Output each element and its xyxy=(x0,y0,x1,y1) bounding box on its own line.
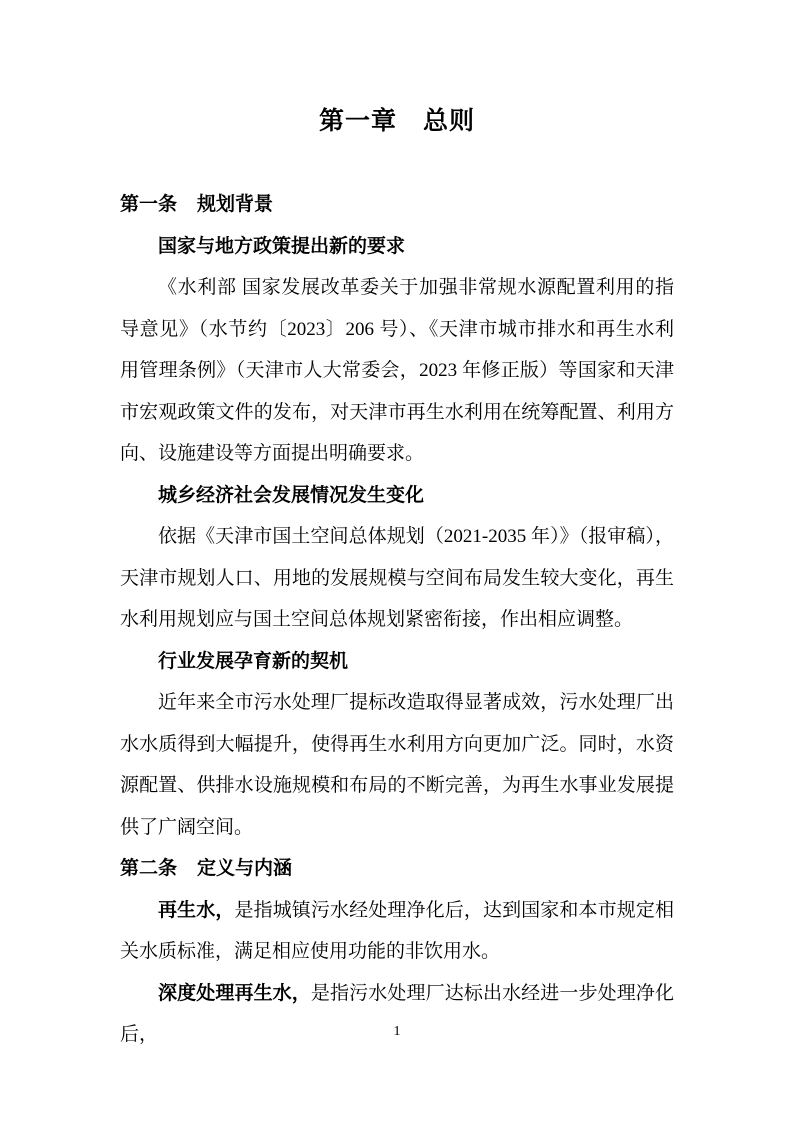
paragraph-industry-opportunity: 近年来全市污水处理厂提标改造取得显著成效，污水处理厂出水水质得到大幅提升，使得再… xyxy=(120,682,674,848)
page-number: 1 xyxy=(0,1022,794,1042)
article-1-title: 规划背景 xyxy=(197,194,273,215)
definition-term-advanced-treated-water: 深度处理再生水， xyxy=(158,983,311,1004)
definition-advanced-treated-water: 深度处理再生水，是指污水处理厂达标出水经进一步处理净化后， xyxy=(120,973,674,1056)
definition-reclaimed-water: 再生水，是指城镇污水经处理净化后，达到国家和本市规定相关水质标准，满足相应使用功… xyxy=(120,890,674,973)
article-1-heading: 第一条规划背景 xyxy=(120,184,674,226)
article-2-heading: 第二条定义与内涵 xyxy=(120,848,674,890)
paragraph-policy: 《水利部 国家发展改革委关于加强非常规水源配置利用的指导意见》（水节约〔2023… xyxy=(120,267,674,475)
article-2-label: 第二条 xyxy=(120,858,177,879)
sub-heading-industry-opportunity: 行业发展孕育新的契机 xyxy=(120,641,674,683)
paragraph-urban-development: 依据《天津市国土空间总体规划（2021-2035 年）》（报审稿），天津市规划人… xyxy=(120,516,674,641)
article-2-title: 定义与内涵 xyxy=(197,858,292,879)
chapter-title: 第一章 总则 xyxy=(120,101,674,143)
article-1-label: 第一条 xyxy=(120,194,177,215)
sub-heading-urban-development: 城乡经济社会发展情况发生变化 xyxy=(120,475,674,517)
sub-heading-policy: 国家与地方政策提出新的要求 xyxy=(120,226,674,268)
document-page: 第一章 总则 第一条规划背景 国家与地方政策提出新的要求 《水利部 国家发展改革… xyxy=(0,0,794,1123)
definition-term-reclaimed-water: 再生水， xyxy=(158,900,234,921)
